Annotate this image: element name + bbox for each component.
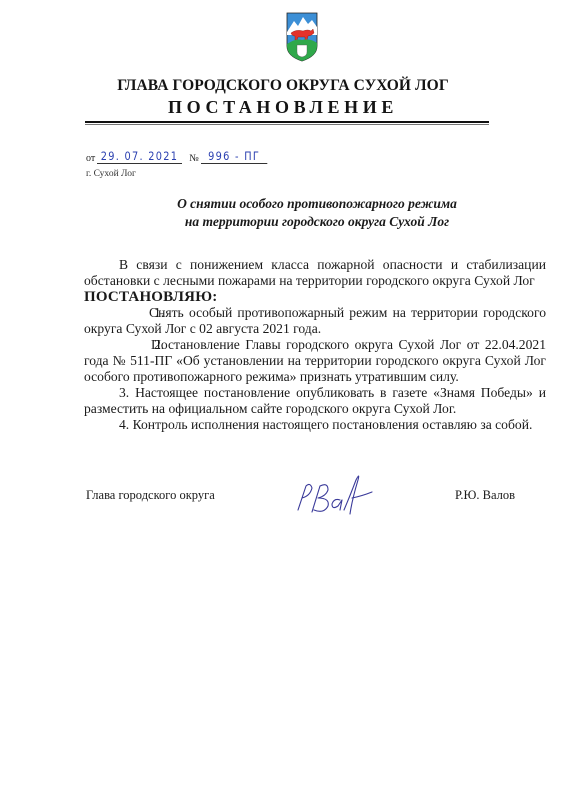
item-text: Постановление Главы городского округа Су… bbox=[84, 337, 546, 384]
item-text: Контроль исполнения настоящего постановл… bbox=[133, 417, 533, 432]
item-text: Снять особый противопожарный режим на те… bbox=[84, 305, 546, 336]
item-number: 3. bbox=[119, 385, 129, 400]
item-number: 1. bbox=[119, 305, 149, 321]
signatory-name: Р.Ю. Валов bbox=[455, 488, 515, 503]
item-number: 4. bbox=[119, 417, 129, 432]
list-item: 3. Настоящее постановление опубликовать … bbox=[84, 385, 546, 417]
date-label: от bbox=[86, 153, 95, 164]
number-label: № bbox=[189, 153, 199, 164]
subject-line-1: О снятии особого противопожарного режима bbox=[68, 195, 566, 213]
organization-title: ГЛАВА ГОРОДСКОГО ОКРУГА СУХОЙ ЛОГ bbox=[0, 77, 566, 95]
list-item: 1.Снять особый противопожарный режим на … bbox=[84, 305, 546, 337]
preamble: В связи с понижением класса пожарной опа… bbox=[84, 257, 546, 289]
subject-line-2: на территории городского округа Сухой Ло… bbox=[68, 213, 566, 231]
list-item: 2.Постановление Главы городского округа … bbox=[84, 337, 546, 385]
list-item: 4. Контроль исполнения настоящего постан… bbox=[84, 417, 546, 433]
document-type: ПОСТАНОВЛЕНИЕ bbox=[0, 97, 566, 118]
date-value: 29. 07. 2021 bbox=[97, 149, 182, 164]
document-body: В связи с понижением класса пожарной опа… bbox=[84, 257, 546, 433]
registration-line: от 29. 07. 2021 № 996 - ПГ bbox=[86, 148, 279, 164]
item-number: 2. bbox=[119, 337, 151, 353]
signatory-position: Глава городского округа bbox=[86, 488, 215, 503]
document-number: 996 - ПГ bbox=[201, 149, 267, 164]
decree-word: ПОСТАНОВЛЯЮ: bbox=[84, 289, 546, 305]
handwritten-signature-icon bbox=[292, 470, 382, 518]
header-divider bbox=[85, 121, 489, 125]
city-name: г. Сухой Лог bbox=[86, 169, 136, 179]
city-coat-of-arms-icon bbox=[286, 12, 318, 62]
document-subject: О снятии особого противопожарного режима… bbox=[0, 195, 566, 231]
item-text: Настоящее постановление опубликовать в г… bbox=[84, 385, 546, 416]
